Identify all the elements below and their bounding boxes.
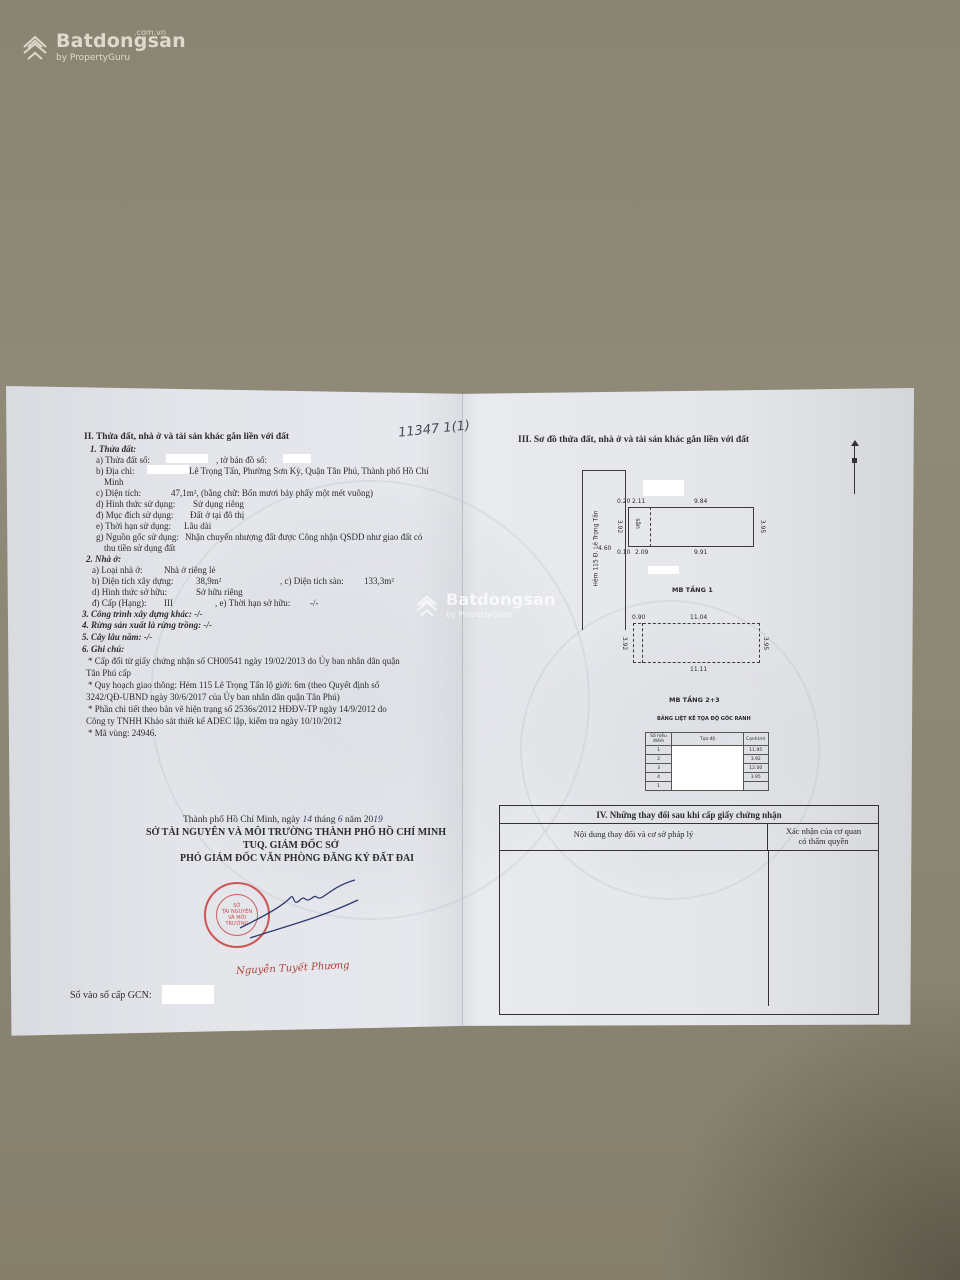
plan2-top-left: 0.90 <box>632 614 645 621</box>
north-arrow-icon <box>851 440 859 496</box>
watermark-sub: by PropertyGuru <box>446 611 556 619</box>
paper-fold <box>462 388 463 1038</box>
col2-line2: có thẩm quyền <box>768 836 879 846</box>
plan1-top-a: 2.11 <box>632 498 645 505</box>
sign-date: Thành phố Hồ Chí Minh, ngày 14 tháng 6 n… <box>183 814 383 826</box>
redacted-parcel-number <box>166 454 208 463</box>
plan2-bottom: 11.11 <box>690 666 707 673</box>
coord-point: 4 <box>646 773 672 782</box>
plan2-right: 3.95 <box>762 637 769 650</box>
section4-title: IV. Những thay đổi sau khi cấp giấy chứn… <box>500 806 878 824</box>
coord-edge: 3.95 <box>744 773 769 782</box>
coord-header: Tọa độ <box>672 733 744 746</box>
watermark-tld: .com.vn <box>134 28 166 37</box>
signature-stroke-icon <box>220 878 360 948</box>
coord-table-title: BẢNG LIỆT KÊ TỌA ĐỘ GÓC RANH <box>657 716 751 722</box>
plan2-inner-line <box>642 623 643 663</box>
land-b-value: Lê Trọng Tấn, Phường Sơn Kỳ, Quận Tân Ph… <box>189 465 429 477</box>
road-width: 4.60 <box>598 545 611 552</box>
note-line: * Cấp đổi từ giấy chứng nhận số CH00541 … <box>88 655 400 667</box>
house-c-value: 133,3m² <box>364 575 394 587</box>
section4-col2-header: Xác nhận của cơ quan có thẩm quyền <box>768 824 879 851</box>
house-logo-icon <box>20 33 50 63</box>
coord-point: 1 <box>646 746 672 755</box>
sign-role2: PHÓ GIÁM ĐỐC VĂN PHÒNG ĐĂNG KÝ ĐẤT ĐAI <box>180 853 414 865</box>
note-line: Tân Phú cấp <box>86 667 131 679</box>
plan1-yard-label: sân <box>634 518 641 529</box>
land-g-value: Nhận chuyển nhượng đất được Công nhận QS… <box>185 531 422 543</box>
note-line: * Phần chi tiết theo bản vẽ hiện trạng s… <box>88 703 387 715</box>
coord-point: 2 <box>646 755 672 764</box>
date-month-label: tháng <box>314 815 335 825</box>
redacted-gcn-number <box>162 985 214 1004</box>
coord-table: Số hiệu điểm Tọa độ Cạnh(m) 111.95 23.92… <box>645 732 769 791</box>
coord-edge: 3.92 <box>744 755 769 764</box>
coord-header: Số hiệu điểm <box>646 733 672 746</box>
plan2-left: 3.92 <box>621 637 628 650</box>
plan1-bottom-left: 0.10 <box>617 549 630 556</box>
notes-title: 6. Ghi chú: <box>82 643 124 655</box>
watermark-mid: Batdongsan by PropertyGuru <box>414 592 556 619</box>
note-line: * Quy hoạch giao thông: Hẻm 115 Lê Trọng… <box>88 679 379 691</box>
redacted-neighbor-top <box>643 480 684 496</box>
plan1-bottom-b: 9.91 <box>694 549 707 556</box>
sign-org: SỞ TÀI NGUYÊN VÀ MÔI TRƯỜNG THÀNH PHỐ HỒ… <box>146 827 446 839</box>
house-e-label: , e) Thời hạn sở hữu: <box>215 597 290 609</box>
coord-header: Cạnh(m) <box>744 733 769 746</box>
sign-role1: TUQ. GIÁM ĐỐC SỞ <box>243 840 339 852</box>
plan1-caption: MB TẦNG 1 <box>672 586 713 594</box>
plan1-outline <box>628 507 754 547</box>
coord-point: 3 <box>646 764 672 773</box>
house-e-value: -/- <box>310 597 319 609</box>
redacted-map-sheet <box>283 454 311 463</box>
date-prefix: Thành phố Hồ Chí Minh, ngày <box>183 815 300 825</box>
changes-table: IV. Những thay đổi sau khi cấp giấy chứn… <box>499 805 879 1015</box>
coord-edge: 11.95 <box>744 746 769 755</box>
watermark-brand: Batdongsan <box>446 592 556 608</box>
date-month: 6 <box>338 815 343 825</box>
note-line: Công ty TNHH Khảo sát thiết kế ADEC lập,… <box>86 715 342 727</box>
gcn-label: Số vào sổ cấp GCN: <box>70 990 152 1002</box>
coord-edge: 12.00 <box>744 764 769 773</box>
section3-title: III. Sơ đồ thửa đất, nhà ở và tài sản kh… <box>518 434 749 446</box>
plan1-top-b: 9.84 <box>694 498 707 505</box>
section2-title: II. Thửa đất, nhà ở và tài sản khác gắn … <box>84 431 289 443</box>
plan1-yard-line <box>650 507 651 547</box>
plan1-right: 3.95 <box>759 520 766 533</box>
plan1-left: 3.92 <box>616 520 623 533</box>
redacted-house-number <box>147 465 189 474</box>
plan1-bottom-a: 2.09 <box>635 549 648 556</box>
plan1-top-left: 0.20 <box>617 498 630 505</box>
plan2-outline <box>633 623 760 663</box>
plan2-caption: MB TẦNG 2+3 <box>669 696 720 704</box>
date-day: 14 <box>303 815 313 825</box>
redacted-neighbor-bottom <box>648 566 679 574</box>
col2-line1: Xác nhận của cơ quan <box>768 826 879 836</box>
table-divider <box>768 851 769 1006</box>
section4-col1-header: Nội dung thay đổi và cơ sở pháp lý <box>500 824 768 851</box>
coord-point: 1 <box>646 782 672 791</box>
item5: 5. Cây lâu năm: -/- <box>82 631 152 643</box>
house-logo-icon <box>414 593 440 619</box>
watermark-sub: by PropertyGuru <box>56 54 186 63</box>
date-year-label: năm 20 <box>345 815 373 825</box>
plan2-top: 11.04 <box>690 614 707 621</box>
house-c-label: , c) Diện tích sàn: <box>280 575 344 587</box>
item4: 4. Rừng sản xuất là rừng trồng: -/- <box>82 619 212 631</box>
watermark-brand: Batdongsan <box>56 32 186 51</box>
note-line: * Mã vùng: 24946. <box>88 727 157 739</box>
date-year: 19 <box>373 815 383 825</box>
note-line: 3242/QĐ-UBND ngày 30/6/2017 của Ủy ban n… <box>86 691 340 703</box>
